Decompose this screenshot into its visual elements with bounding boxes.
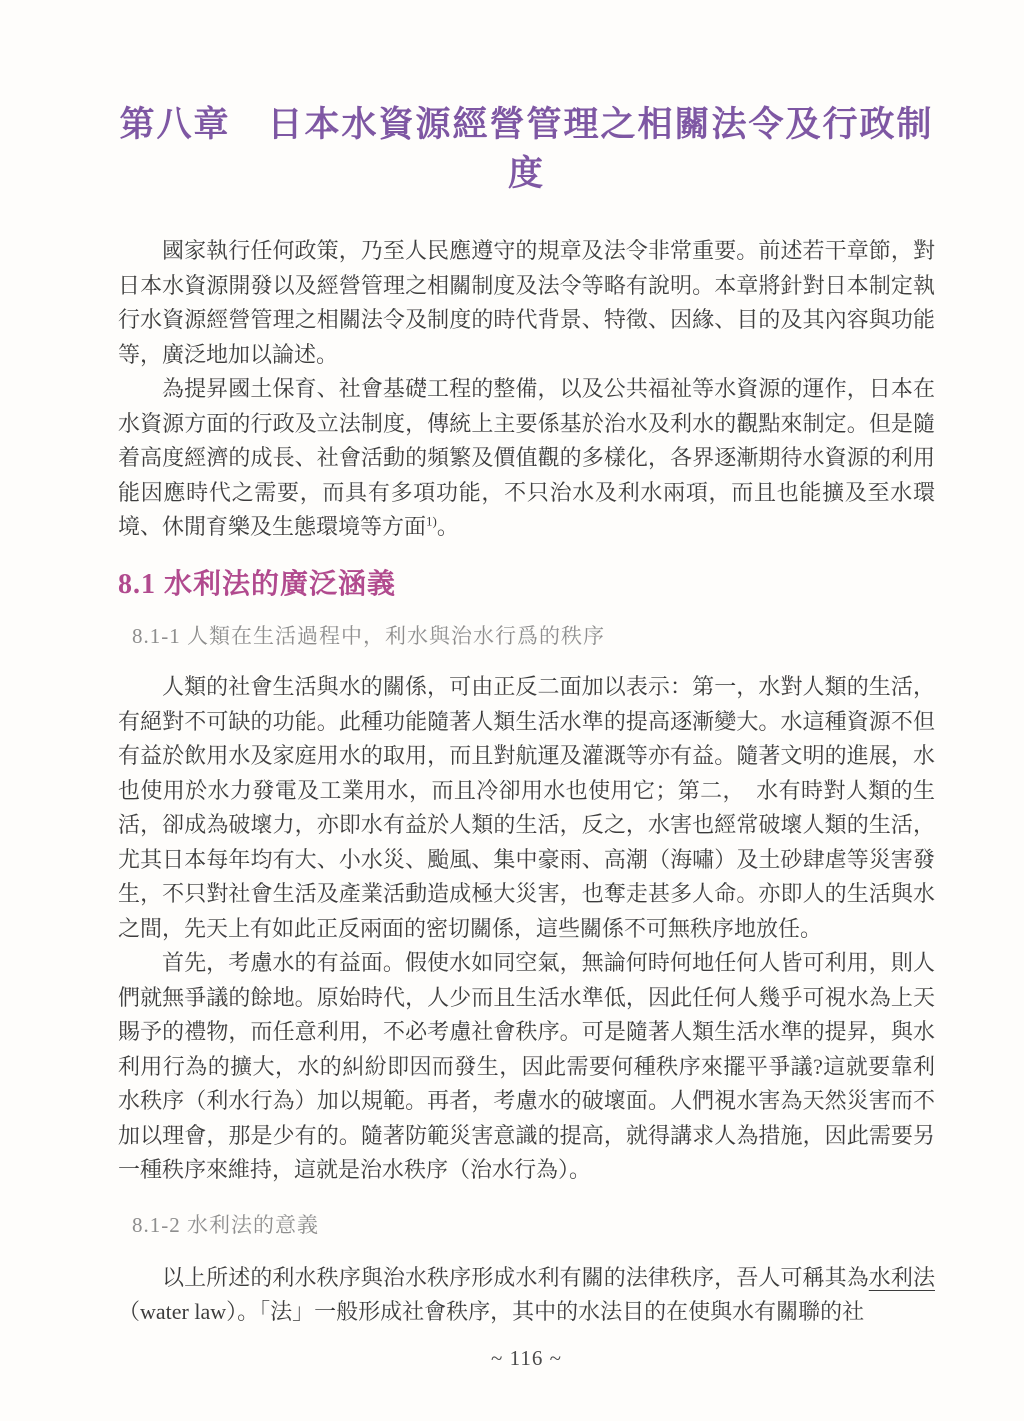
subsection-8-1-1-paragraph-1: 人類的社會生活與水的關係，可由正反二面加以表示：第一，水對人類的生活，有絕對不可… — [118, 670, 935, 946]
subsection-heading-8-1-1: 8.1-1 人類在生活過程中，利水與治水行爲的秩序 — [132, 623, 935, 650]
subsection-8-1-2-paragraph-1: 以上所述的利水秩序與治水秩序形成水利有關的法律秩序，吾人可稱其為水利法（wate… — [118, 1261, 935, 1330]
underlined-term-water-law: 水利法 — [869, 1265, 935, 1290]
subsection-8-1-2-text-after: （water law）。「法」一般形成社會秩序，其中的水法目的在使與水有關聯的社 — [118, 1299, 864, 1324]
scanned-document-page: 第八章 日本水資源經營管理之相關法令及行政制度 國家執行任何政策，乃至人民應遵守… — [0, 0, 1024, 1421]
page-number: ~ 116 ~ — [118, 1346, 935, 1371]
section-heading-8-1: 8.1 水利法的廣泛涵義 — [118, 567, 935, 603]
subsection-8-1-2-text-before: 以上所述的利水秩序與治水秩序形成水利有關的法律秩序，吾人可稱其為 — [162, 1265, 869, 1290]
subsection-heading-8-1-2: 8.1-2 水利法的意義 — [132, 1212, 935, 1239]
intro-paragraph-2: 為提昇國土保育、社會基礎工程的整備，以及公共福祉等水資源的運作，日本在水資源方面… — [118, 372, 935, 545]
intro-paragraph-2-text: 為提昇國土保育、社會基礎工程的整備，以及公共福祉等水資源的運作，日本在水資源方面… — [118, 376, 935, 539]
intro-paragraph-2-period: 。 — [437, 514, 459, 539]
footnote-superscript: 1) — [426, 514, 437, 529]
chapter-title: 第八章 日本水資源經營管理之相關法令及行政制度 — [118, 100, 935, 198]
intro-paragraph-1: 國家執行任何政策，乃至人民應遵守的規章及法令非常重要。前述若干章節，對日本水資源… — [118, 234, 935, 372]
subsection-8-1-1-paragraph-2: 首先，考慮水的有益面。假使水如同空氣，無論何時何地任何人皆可利用，則人們就無爭議… — [118, 946, 935, 1188]
